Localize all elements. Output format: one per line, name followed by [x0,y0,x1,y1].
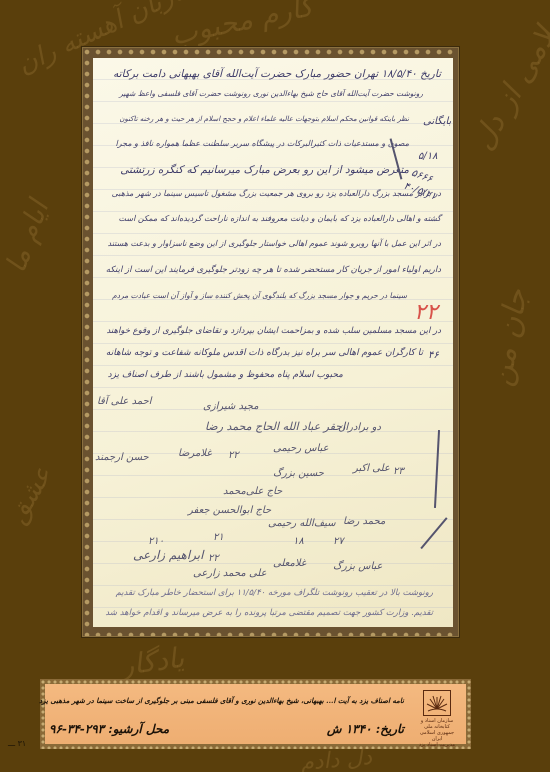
signature: حسن ارجمند [95,452,149,463]
signature: احقر عباد الله الحاج محمد رضا [205,420,345,433]
signature: محمد رضا [343,516,385,527]
caption-archive-id: محل آرشیو: ۲۹۳-۳۴-۹۶ [49,722,169,736]
caption-box: سازمان اسناد و کتابخانه ملی جمهوری اسلام… [40,679,471,749]
signature: علی اکبر [353,463,390,474]
signature: مجید شیرازی [203,401,259,412]
letter-line: تاریخ ۱۸/۵/۴۰ تهران حضور مبارک حضرت آیت‌… [113,68,441,80]
signature: علی محمد زارعی [193,568,267,579]
background-calligraphy: جان من [483,286,535,389]
letter-line: در این مسجد مسلمین سلب شده و بمزاحمت ایش… [106,326,441,336]
margin-note: بایگانی [423,116,451,127]
publisher-logo: سازمان اسناد و کتابخانه ملی جمهوری اسلام… [416,690,458,746]
letter-line: نظر باینکه قوانین محکم اسلام بتوجهات عال… [119,115,409,123]
signature-number: ۲۲ [208,553,219,564]
background-calligraphy: ایام ما [0,196,55,277]
signature-number: ۲۷ [333,536,344,547]
margin-line [434,430,440,508]
page-number: ۳۱ ـــ [8,739,26,748]
signature: حاج علی‌محمد [223,486,282,497]
signature-number: ۲۱ [213,532,224,543]
letter-line: رونوشت حضرت آیت‌الله آقای حاج شیخ بهاءال… [119,89,423,98]
letter-line: متعرض میشود از این رو بعرض مبارک میرسانی… [120,164,409,176]
background-calligraphy: کارم محبوب [168,0,316,52]
red-page-number: ۲۲ [414,300,438,325]
signature: غلامرضا [178,448,212,459]
letter-line: داریم اولیاء امور از جریان کار مستحضر شد… [106,265,441,275]
background-calligraphy: عشق [2,461,58,528]
letter-line: گشته و اهالی دارالعباده یزد که بایمان و … [119,214,441,223]
footer-line: رونوشت بالا در تعقیب رونوشت تلگراف مورخه… [116,588,433,598]
caption-panel: سازمان اسناد و کتابخانه ملی جمهوری اسلام… [45,684,466,744]
caption-title: نامه اصناف یزد به آیت ا... بهبهانی، شیخ … [39,696,404,705]
letter-line: در برابر مسجد بزرگ دارالعباده یزد رو برو… [112,189,441,198]
signature: سیف‌الله رحیمی [268,518,336,529]
footer-line: تقدیم. وزارت کشور جهت تصمیم مقتضی مرتبا … [105,608,433,618]
background-calligraphy: یادگار [118,641,186,683]
signature: حسین بزرگ [273,468,324,479]
signature-number: ۱۸ [293,536,304,547]
margin-line [420,517,447,549]
margin-note: ۴۰/۵/۲۱ [402,181,437,203]
signature: حاج ابوالحسن جعفر [188,505,271,516]
letter-line: سینما در حریم و جوار مسجد بزرگ که بلندگو… [112,291,407,300]
signature: احمد علی آقا [97,396,152,407]
letter-paper: تاریخ ۱۸/۵/۴۰ تهران حضور مبارک حضرت آیت‌… [93,58,453,627]
signature: عباس رحیمی [273,443,329,454]
signature: غلامعلی [273,558,306,569]
letter-line: در اثر این عمل با آنها روبرو شوند عموم ا… [108,239,441,248]
signature: عباس بزرگ [333,561,383,572]
book-tree-icon [423,690,451,716]
margin-note: ۵/۱۸ [418,151,437,162]
side-number: ۴۶ [428,350,439,361]
background-calligraphy: سلامی از دل [465,0,550,156]
letter-line: مصون و مستدعیات ذات کثیرالبرکات در پیشگا… [116,139,409,148]
letter-line: تا کارگران عموم اهالی سر براه نیز بدرگاه… [106,348,423,358]
signature-number: ۲۱۰ [148,536,164,547]
signature-number: ۲۳ [393,466,404,477]
publisher-name: سازمان اسناد و کتابخانه ملی جمهوری اسلام… [416,718,458,748]
caption-date: تاریخ: ۱۳۴۰ ش [327,722,404,736]
letter-line: محبوب اسلام پناه محفوظ و مشمول باشند از … [108,370,343,380]
signature: ابراهیم زارعی [133,548,203,562]
signature-number: ۲۲ [228,450,239,461]
